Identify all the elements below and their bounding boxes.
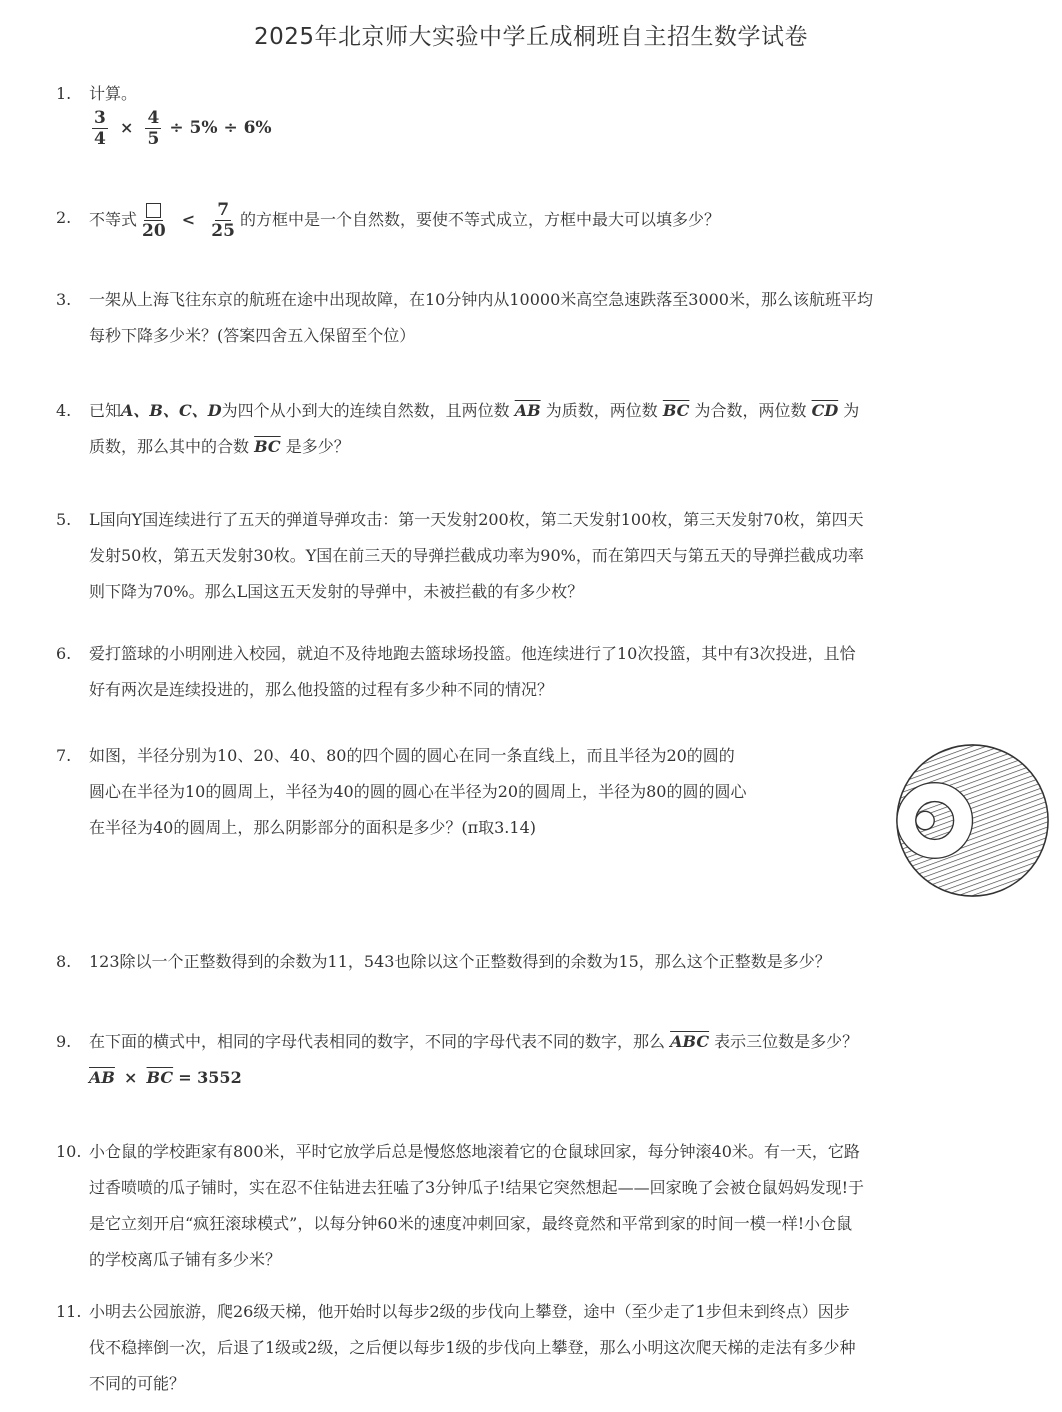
question-number: 4. (56, 393, 86, 429)
question-text: 在半径为40的圆周上，那么阴影部分的面积是多少？(π取3.14) (89, 810, 892, 846)
fraction: 4 5 (145, 108, 161, 149)
math-expression: 3 4 × 4 5 ÷ 5% ÷ 6% (89, 108, 1044, 149)
question-number: 9. (56, 1024, 86, 1060)
question-text: 质数，那么其中的合数 (89, 437, 249, 456)
math-expression: AB × BC = 3552 (89, 1060, 1044, 1096)
question-11: 11. 小明去公园旅游，爬26级天梯，他开始时以每步2级的步伐向上攀登，途中（至… (56, 1294, 1044, 1402)
times-operator: × (124, 1068, 137, 1087)
fraction: 7 25 (209, 200, 237, 241)
question-text: 好有两次是连续投进的，那么他投篮的过程有多少种不同的情况？ (89, 672, 1044, 708)
question-1: 1. 计算。 3 4 × 4 5 ÷ 5% ÷ 6% (56, 76, 1044, 149)
question-text: 小明去公园旅游，爬26级天梯，他开始时以每步2级的步伐向上攀登，途中（至少走了1… (89, 1294, 1044, 1330)
question-text: 为质数，两位数 (546, 401, 658, 420)
question-text: 的学校离瓜子铺有多少米？ (89, 1242, 1044, 1278)
question-number: 8. (56, 944, 86, 980)
circles-figure (895, 743, 1050, 898)
overline-number: AB (515, 401, 541, 420)
question-text: 是它立刻开启“疯狂滚球模式”，以每分钟60米的速度冲刺回家，最终竟然和平常到家的… (89, 1206, 1044, 1242)
question-2: 2. 不等式 20 < 7 25 的方框中是一个自然数，要使不等式成立，方框中最… (56, 200, 1044, 241)
question-text: L国向Y国连续进行了五天的弹道导弹攻击：第一天发射200枚，第二天发射100枚，… (89, 502, 1044, 538)
question-text: 伐不稳摔倒一次，后退了1级或2级，之后便以每步1级的步伐向上攀登，那么小明这次爬… (89, 1330, 1044, 1366)
overline-number: CD (812, 401, 839, 420)
blank-box (146, 203, 161, 218)
less-than-operator: < (182, 210, 195, 229)
question-number: 7. (56, 738, 86, 774)
overline-number: BC (254, 437, 281, 456)
question-text: 计算。 (89, 76, 1044, 112)
question-number: 10. (56, 1134, 86, 1170)
question-text: 为四个从小到大的连续自然数，且两位数 (222, 401, 510, 420)
circles-diagram-icon (895, 743, 1050, 898)
question-10: 10. 小仓鼠的学校距家有800米，平时它放学后总是慢悠悠地滚着它的仓鼠球回家，… (56, 1134, 1044, 1278)
question-number: 2. (56, 200, 86, 236)
question-text: 已知 (89, 401, 121, 420)
question-text: 小仓鼠的学校距家有800米，平时它放学后总是慢悠悠地滚着它的仓鼠球回家，每分钟滚… (89, 1134, 1044, 1170)
question-text: 过香喷喷的瓜子铺时，实在忍不住钻进去狂嗑了3分钟瓜子!结果它突然想起——回家晚了… (89, 1170, 1044, 1206)
question-number: 5. (56, 502, 86, 538)
page-title: 2025年北京师大实验中学丘成桐班自主招生数学试卷 (0, 18, 1062, 51)
question-text: 在下面的横式中，相同的字母代表相同的数字，不同的字母代表不同的数字，那么 (89, 1032, 665, 1051)
question-3: 3. 一架从上海飞往东京的航班在途中出现故障，在10分钟内从10000米高空急速… (56, 282, 1044, 354)
question-text: 的方框中是一个自然数，要使不等式成立，方框中最大可以填多少？ (240, 210, 720, 229)
question-5: 5. L国向Y国连续进行了五天的弹道导弹攻击：第一天发射200枚，第二天发射10… (56, 502, 1044, 610)
overline-number: BC (147, 1068, 174, 1087)
question-text: 发射50枚，第五天发射30枚。Y国在前三天的导弹拦截成功率为90%，而在第四天与… (89, 538, 1044, 574)
equals-result: = 3552 (178, 1068, 242, 1087)
question-number: 1. (56, 76, 86, 112)
question-text: 则下降为70%。那么L国这五天发射的导弹中，未被拦截的有多少枚？ (89, 574, 1044, 610)
overline-number: AB (89, 1068, 115, 1087)
question-text: 圆心在半径为10的圆周上，半径为40的圆的圆心在半径为20的圆周上，半径为80的… (89, 774, 892, 810)
question-text: 为合数，两位数 (694, 401, 806, 420)
question-8: 8. 123除以一个正整数得到的余数为11，543也除以这个正整数得到的余数为1… (56, 944, 1044, 980)
question-6: 6. 爱打篮球的小明刚进入校园，就迫不及待地跑去篮球场投篮。他连续进行了10次投… (56, 636, 1044, 708)
question-text: 不同的可能？ (89, 1366, 1044, 1402)
question-text: 是多少？ (286, 437, 350, 456)
question-text: 为 (843, 401, 859, 420)
question-number: 11. (56, 1294, 86, 1330)
question-text: 表示三位数是多少？ (714, 1032, 858, 1051)
question-9: 9. 在下面的横式中，相同的字母代表相同的数字，不同的字母代表不同的数字，那么 … (56, 1024, 1044, 1096)
question-text: 如图，半径分别为10、20、40、80的四个圆的圆心在同一条直线上，而且半径为2… (89, 738, 892, 774)
question-7: 7. 如图，半径分别为10、20、40、80的四个圆的圆心在同一条直线上，而且半… (56, 738, 892, 846)
question-number: 6. (56, 636, 86, 672)
question-text: 不等式 (89, 210, 137, 229)
expression-rest: ÷ 5% ÷ 6% (169, 118, 271, 138)
question-text: 123除以一个正整数得到的余数为11，543也除以这个正整数得到的余数为15，那… (89, 944, 1044, 980)
question-text: 一架从上海飞往东京的航班在途中出现故障，在10分钟内从10000米高空急速跌落至… (89, 282, 1044, 318)
fraction: 3 4 (92, 108, 108, 149)
times-operator: × (120, 118, 133, 137)
overline-number: BC (663, 401, 690, 420)
question-number: 3. (56, 282, 86, 318)
question-4: 4. 已知A、B、C、D为四个从小到大的连续自然数，且两位数 AB 为质数，两位… (56, 393, 1044, 465)
question-text: 每秒下降多少米？(答案四舍五入保留至个位） (89, 318, 1044, 354)
overline-number: ABC (670, 1032, 709, 1051)
fraction-with-box: 20 (140, 200, 168, 241)
question-text: 爱打篮球的小明刚进入校园，就迫不及待地跑去篮球场投篮。他连续进行了10次投篮，其… (89, 636, 1044, 672)
variables: A、B、C、D (121, 401, 222, 420)
